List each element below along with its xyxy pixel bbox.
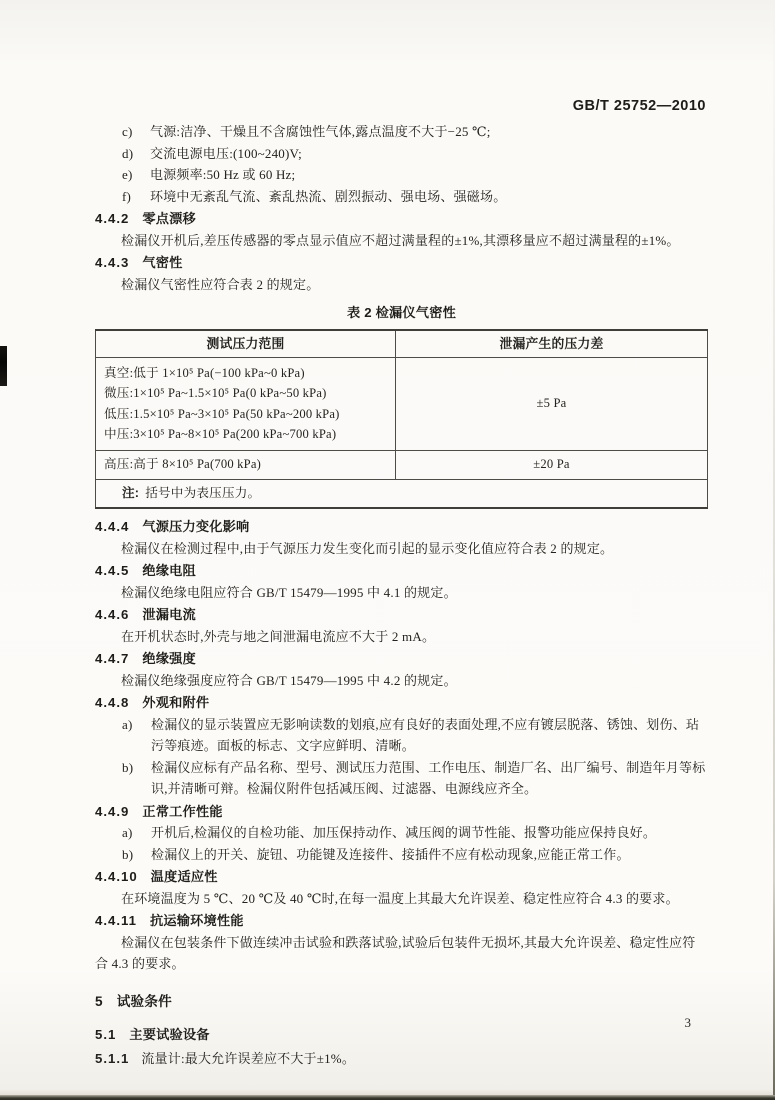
page-number: 3 xyxy=(685,1015,692,1031)
range-medium: 中压:3×10⁵ Pa~8×10⁵ Pa(200 kPa~700 kPa) xyxy=(104,424,389,445)
section-number: 4.4.4 xyxy=(95,519,129,534)
section-title: 绝缘强度 xyxy=(142,651,196,666)
list-item-c: c) 气源:洁净、干燥且不含腐蚀性气体,露点温度不大于−25 ℃; xyxy=(95,121,708,143)
section-body-4-4-4: 检漏仪在检测过程中,由于气源压力发生变化而引起的显示变化值应符合表 2 的规定。 xyxy=(95,538,708,560)
list-item-label: e) xyxy=(122,164,150,186)
list-item-text: 气源:洁净、干燥且不含腐蚀性气体,露点温度不大于−25 ℃; xyxy=(150,121,491,143)
scan-bottom-edge xyxy=(0,1095,775,1100)
section-body-4-4-2: 检漏仪开机后,差压传感器的零点显示值应不超过满量程的±1%,其漂移量应不超过满量… xyxy=(95,230,708,252)
list-item-text: 交流电源电压:(100~240)V; xyxy=(150,143,302,165)
section-heading-4-4-7: 4.4.7绝缘强度 xyxy=(95,648,708,670)
section-number: 4.4.9 xyxy=(95,804,129,819)
section-number: 4.4.3 xyxy=(95,255,129,270)
section-heading-4-4-3: 4.4.3气密性 xyxy=(95,252,708,274)
sub-item-4-4-9-b: b) 检漏仪上的开关、旋钮、功能键及连接件、接插件不应有松动现象,应能正常工作。 xyxy=(95,844,708,866)
table-header-row: 测试压力范围 泄漏产生的压力差 xyxy=(96,330,708,358)
section-title: 主要试验设备 xyxy=(129,1027,209,1042)
sub-item-label: a) xyxy=(122,714,151,757)
section-number: 5.1 xyxy=(95,1027,116,1042)
section-body-4-4-3: 检漏仪气密性应符合表 2 的规定。 xyxy=(95,274,708,296)
table-note-row: 注:括号中为表压压力。 xyxy=(96,479,708,508)
section-title: 泄漏电流 xyxy=(142,607,196,622)
section-title: 零点漂移 xyxy=(142,211,196,226)
sub-item-4-4-9-a: a) 开机后,检漏仪的自检功能、加压保持动作、减压阀的调节性能、报警功能应保持良… xyxy=(95,822,708,844)
range-micro: 微压:1×10⁵ Pa~1.5×10⁵ Pa(0 kPa~50 kPa) xyxy=(104,383,389,404)
section-text: 流量计:最大允许误差应不大于±1%。 xyxy=(141,1048,355,1070)
note-label: 注: xyxy=(122,486,139,500)
sub-item-label: b) xyxy=(122,844,151,866)
section-heading-4-4-5: 4.4.5绝缘电阻 xyxy=(95,560,708,582)
chapter-number: 5 xyxy=(95,994,103,1009)
section-title: 抗运输环境性能 xyxy=(150,913,244,928)
sub-item-4-4-8-a: a) 检漏仪的显示装置应无影响读数的划痕,应有良好的表面处理,不应有镀层脱落、锈… xyxy=(95,714,708,757)
sub-item-text: 开机后,检漏仪的自检功能、加压保持动作、减压阀的调节性能、报警功能应保持良好。 xyxy=(151,822,708,844)
sub-item-text: 检漏仪上的开关、旋钮、功能键及连接件、接插件不应有松动现象,应能正常工作。 xyxy=(151,844,708,866)
section-heading-4-4-11: 4.4.11抗运输环境性能 xyxy=(95,910,708,932)
section-body-4-4-5: 检漏仪绝缘电阻应符合 GB/T 15479—1995 中 4.1 的规定。 xyxy=(95,582,708,604)
section-title: 正常工作性能 xyxy=(142,804,222,819)
binding-mark xyxy=(0,346,7,386)
section-title: 气密性 xyxy=(142,255,182,270)
pressure-diff-high-value: ±20 Pa xyxy=(396,450,708,479)
section-title: 温度适应性 xyxy=(151,869,218,884)
table-2-title: 表 2 检漏仪气密性 xyxy=(95,302,708,324)
list-item-label: d) xyxy=(122,143,150,165)
list-item-label: c) xyxy=(122,121,150,143)
sub-item-label: a) xyxy=(122,822,151,844)
section-title: 气源压力变化影响 xyxy=(142,519,249,534)
table-note: 注:括号中为表压压力。 xyxy=(96,479,708,508)
pressure-range-group-cell: 真空:低于 1×10⁵ Pa(−100 kPa~0 kPa) 微压:1×10⁵ … xyxy=(96,357,396,450)
chapter-title: 试验条件 xyxy=(117,994,172,1009)
section-5-1-1: 5.1.1 流量计:最大允许误差应不大于±1%。 xyxy=(95,1048,708,1070)
sub-item-text: 检漏仪应标有产品名称、型号、测试压力范围、工作电压、制造厂名、出厂编号、制造年月… xyxy=(151,757,708,800)
section-number: 4.4.5 xyxy=(95,563,129,578)
section-number: 4.4.6 xyxy=(95,607,129,622)
section-heading-4-4-10: 4.4.10温度适应性 xyxy=(95,866,708,888)
section-heading-5-1: 5.1主要试验设备 xyxy=(95,1024,708,1046)
section-heading-4-4-9: 4.4.9正常工作性能 xyxy=(95,801,708,823)
pressure-diff-group-value: ±5 Pa xyxy=(396,357,708,450)
list-item-label: f) xyxy=(122,186,150,208)
table-row-high: 高压:高于 8×10⁵ Pa(700 kPa) ±20 Pa xyxy=(96,450,708,479)
sub-item-4-4-8-b: b) 检漏仪应标有产品名称、型号、测试压力范围、工作电压、制造厂名、出厂编号、制… xyxy=(95,757,708,800)
table-row-group: 真空:低于 1×10⁵ Pa(−100 kPa~0 kPa) 微压:1×10⁵ … xyxy=(96,357,708,450)
chapter-heading-5: 5试验条件 xyxy=(95,991,708,1013)
section-title: 外观和附件 xyxy=(142,695,209,710)
list-item-text: 电源频率:50 Hz 或 60 Hz; xyxy=(150,164,295,186)
section-number: 4.4.2 xyxy=(95,211,129,226)
section-body-4-4-10: 在环境温度为 5 ℃、20 ℃及 40 ℃时,在每一温度上其最大允许误差、稳定性… xyxy=(95,888,708,910)
range-vacuum: 真空:低于 1×10⁵ Pa(−100 kPa~0 kPa) xyxy=(104,363,389,384)
list-item-text: 环境中无紊乱气流、紊乱热流、剧烈振动、强电场、强磁场。 xyxy=(150,186,506,208)
table-2-airtightness: 测试压力范围 泄漏产生的压力差 真空:低于 1×10⁵ Pa(−100 kPa~… xyxy=(95,329,708,510)
list-item-e: e) 电源频率:50 Hz 或 60 Hz; xyxy=(95,164,708,186)
section-number: 5.1.1 xyxy=(95,1048,129,1070)
section-heading-4-4-8: 4.4.8外观和附件 xyxy=(95,692,708,714)
section-heading-4-4-2: 4.4.2零点漂移 xyxy=(95,208,708,230)
section-number: 4.4.7 xyxy=(95,651,129,666)
page-content: c) 气源:洁净、干燥且不含腐蚀性气体,露点温度不大于−25 ℃; d) 交流电… xyxy=(95,121,708,1069)
list-item-f: f) 环境中无紊乱气流、紊乱热流、剧烈振动、强电场、强磁场。 xyxy=(95,186,708,208)
list-item-d: d) 交流电源电压:(100~240)V; xyxy=(95,143,708,165)
range-high: 高压:高于 8×10⁵ Pa(700 kPa) xyxy=(96,450,396,479)
table-header-pressure-diff: 泄漏产生的压力差 xyxy=(396,330,708,358)
section-number: 4.4.11 xyxy=(95,913,137,928)
section-body-4-4-7: 检漏仪绝缘强度应符合 GB/T 15479—1995 中 4.2 的规定。 xyxy=(95,670,708,692)
section-heading-4-4-6: 4.4.6泄漏电流 xyxy=(95,604,708,626)
range-low: 低压:1.5×10⁵ Pa~3×10⁵ Pa(50 kPa~200 kPa) xyxy=(104,404,389,425)
section-number: 4.4.8 xyxy=(95,695,129,710)
sub-item-label: b) xyxy=(122,757,151,800)
standard-doc-number: GB/T 25752—2010 xyxy=(573,98,706,114)
note-text: 括号中为表压压力。 xyxy=(145,486,260,500)
table-header-pressure-range: 测试压力范围 xyxy=(96,330,396,358)
section-heading-4-4-4: 4.4.4气源压力变化影响 xyxy=(95,516,708,538)
section-body-4-4-6: 在开机状态时,外壳与地之间泄漏电流应不大于 2 mA。 xyxy=(95,626,708,648)
section-title: 绝缘电阻 xyxy=(142,563,196,578)
section-number: 4.4.10 xyxy=(95,869,138,884)
section-body-4-4-11: 检漏仪在包装条件下做连续冲击试验和跌落试验,试验后包装件无损坏,其最大允许误差、… xyxy=(95,932,708,975)
sub-item-text: 检漏仪的显示装置应无影响读数的划痕,应有良好的表面处理,不应有镀层脱落、锈蚀、划… xyxy=(151,714,708,757)
scanned-standard-page: GB/T 25752—2010 c) 气源:洁净、干燥且不含腐蚀性气体,露点温度… xyxy=(0,0,775,1100)
